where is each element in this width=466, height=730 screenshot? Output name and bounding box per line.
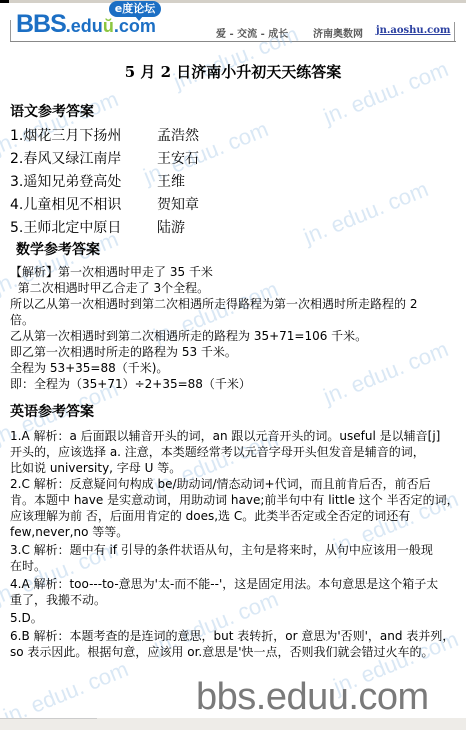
- math-line: 乙从第一次相遇时到第二次相遇所走的路程为 35+71=106 千米。: [10, 327, 367, 344]
- divider: [10, 41, 456, 42]
- divider: [10, 20, 11, 42]
- poem-line: 4.儿童相见不相识: [10, 194, 121, 214]
- poem-author: 陆游: [157, 217, 185, 237]
- math-line: 倍。: [10, 311, 34, 328]
- poem-author: 王安石: [157, 148, 199, 168]
- poem-line: 1.烟花三月下扬州: [10, 125, 121, 145]
- english-line: 开头的，应该选择 a. 注意，本类题经常考以元音字母开头但发音是辅音的词，: [10, 443, 425, 460]
- math-heading: 数学参考答案: [16, 239, 100, 259]
- poem-line: 3.遥知兄弟登高处: [10, 171, 121, 191]
- slogan: 爱 - 交流 - 成长: [216, 25, 288, 40]
- english-line: 3.C 解析：题中有 if 引导的条件状语从句，主句是将来时，从句中应该用一般现: [10, 541, 433, 558]
- english-line: 比如说 university, 字母 U 等。: [10, 459, 181, 476]
- math-line: 第二次相遇时甲乙合走了 3个全程。: [10, 279, 209, 296]
- logo-bbs: BBS: [16, 10, 66, 38]
- poem-line: 2.春风又绿江南岸: [10, 148, 121, 168]
- chinese-heading: 语文参考答案: [10, 101, 94, 121]
- e-forum-badge: e度论坛: [109, 1, 161, 17]
- math-line: 所以乙从第一次相遇时到第二次相遇所走得路程为第一次相遇时所走路程的 2: [10, 295, 417, 312]
- watermark: jn. eduu. com: [320, 336, 452, 410]
- site-link[interactable]: jn.aoshu.com: [376, 25, 451, 36]
- english-line: 2.C 解析：反意疑问句构成 be/助动词/情态动词+代词，而且前肯后否，前否后: [10, 475, 431, 492]
- page-header: BBS.eduŭ.com e度论坛 爱 - 交流 - 成长 济南奥数网 jn.a…: [0, 0, 466, 42]
- english-line: 6.B 解析：本题考查的是连词的意思，but 表转折，or 意思为'否则'，an…: [10, 627, 454, 644]
- english-line: 肯。本题中 have 是实意动词，用助动词 have;前半句中有 little …: [10, 491, 459, 508]
- english-line: few,never,no 等等。: [10, 523, 128, 540]
- logo-edu: .edu: [66, 16, 103, 36]
- divider: [0, 718, 97, 719]
- english-line: 在时。: [10, 557, 46, 574]
- watermark: jn. eduu. com: [300, 176, 432, 250]
- math-line: 即乙第一次相遇时所走的路程为 53 千米。: [10, 343, 237, 360]
- math-line: 即：全程为（35+71）÷2+35=88（千米）: [10, 375, 251, 392]
- poem-author: 贺知章: [157, 194, 199, 214]
- bottom-border: [0, 718, 466, 730]
- english-line: 重了，我搬不动。: [10, 591, 106, 608]
- math-line: 全程为 53+35=88（千米)。: [10, 359, 168, 376]
- english-line: 4.A 解析：too---to-意思为'太-而不能--'，这是固定用法。本句意思…: [10, 575, 438, 592]
- poem-author: 王维: [157, 171, 185, 191]
- poem-line: 5.王师北定中原日: [10, 217, 121, 237]
- english-line: 5.D。: [10, 609, 43, 626]
- site-name: 济南奥数网: [313, 25, 363, 40]
- poem-author: 孟浩然: [157, 125, 199, 145]
- divider: [454, 22, 455, 42]
- logo-u: ŭ: [103, 16, 114, 36]
- page-title: 5 月 2 日济南小升初天天练答案: [0, 61, 466, 82]
- english-line: 应该理解为前 否，后面用肯定的 does,选 C。此类半否定或全否定的词还有: [10, 507, 410, 524]
- footer-brand-watermark: bbs.eduu.com: [196, 676, 429, 719]
- math-line: 【解析】第一次相遇时甲走了 35 千米: [10, 263, 213, 280]
- english-line: 1.A 解析：a 后面跟以辅音开头的词，an 跟以元音开头的词。useful 是…: [10, 427, 440, 444]
- english-line: so 表示因此。根据句意，应该用 or.意思是'快一点，否则我们就会错过火车的。: [10, 643, 434, 660]
- english-heading: 英语参考答案: [10, 401, 94, 421]
